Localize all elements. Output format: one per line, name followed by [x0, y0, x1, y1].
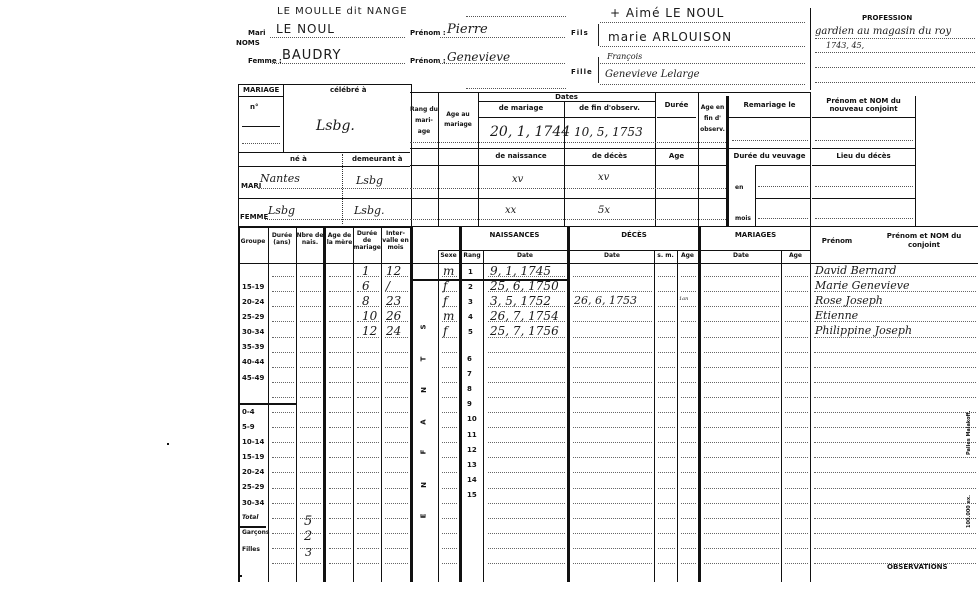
- row-dotline: [385, 533, 408, 534]
- mari-nom-line: [270, 37, 405, 38]
- row-dotline: [681, 533, 696, 534]
- child-prenom[interactable]: Etienne: [815, 309, 858, 322]
- child-sexe[interactable]: m: [443, 309, 454, 323]
- row-dotline: [329, 321, 351, 322]
- row-dotline: [681, 457, 696, 458]
- row-dotline: [329, 382, 351, 383]
- row-dotline: [658, 442, 675, 443]
- row-dotline: [488, 397, 565, 398]
- mariage-mid-line: [238, 152, 410, 153]
- row-dotline: [385, 442, 408, 443]
- demeurant-label: demeurant à: [352, 156, 402, 163]
- enfants-letter: N: [420, 387, 428, 393]
- row-dotline: [814, 397, 976, 398]
- groupe-label: 10-14: [242, 438, 264, 446]
- fils-mere[interactable]: marie ARLOUISON: [608, 30, 732, 44]
- row-dotline: [442, 412, 457, 413]
- row-dotline: [573, 382, 652, 383]
- row-dotline: [658, 382, 675, 383]
- hdr-naissances-date: Date: [483, 252, 567, 259]
- row-dotline: [300, 472, 321, 473]
- child-intervalle[interactable]: /: [386, 279, 390, 293]
- hdr-sexe: Sexe: [438, 252, 459, 259]
- rang-number: 14: [467, 476, 477, 484]
- mari-ne-a[interactable]: Nantes: [260, 172, 300, 185]
- lieu-mid: [812, 198, 915, 199]
- enfants-letter: S: [420, 324, 428, 329]
- row-dotline: [329, 503, 351, 504]
- row-dotline: [573, 352, 652, 353]
- child-intervalle[interactable]: 23: [386, 294, 401, 308]
- child-duree-mariage[interactable]: 1: [362, 264, 370, 278]
- row-dotline: [704, 276, 779, 277]
- row-dotline: [442, 457, 457, 458]
- row-dotline: [357, 563, 379, 564]
- row-dotline: [385, 427, 408, 428]
- row-dotline: [573, 457, 652, 458]
- dates-mid-line: [410, 148, 726, 149]
- row-dotline: [357, 457, 379, 458]
- groupe-label: Garçons: [242, 529, 269, 536]
- row-dotline: [681, 548, 696, 549]
- row-dotline: [704, 397, 779, 398]
- edition-mark: 100.000 ex.: [966, 495, 972, 528]
- row-dotline: [357, 382, 379, 383]
- total-underline: [240, 526, 266, 528]
- fils-pere[interactable]: + Aimé LE NOUL: [610, 6, 724, 20]
- age-group-divider: [238, 403, 296, 405]
- row-dotline: [442, 503, 457, 504]
- child-rang: 3: [468, 298, 473, 306]
- child-duree-mariage[interactable]: 6: [362, 279, 370, 293]
- row-dotline: [681, 427, 696, 428]
- row-dotline: [573, 488, 652, 489]
- row-dotline: [785, 337, 808, 338]
- row-dotline: [357, 518, 379, 519]
- mariage-label: MARIAGE: [243, 87, 279, 94]
- groupe-label: Filles: [242, 546, 260, 553]
- mari-demeurant[interactable]: Lsbg: [356, 174, 383, 187]
- row-dotline: [442, 382, 457, 383]
- fille-brace: [598, 57, 603, 83]
- mariage-num-divider: [283, 84, 284, 152]
- hdr-deces-date: Date: [570, 252, 654, 259]
- row-dotline: [573, 442, 652, 443]
- mari-dates-line: [410, 188, 726, 189]
- profession-line1[interactable]: gardien au magasin du roy: [815, 26, 951, 37]
- row-dotline: [573, 548, 652, 549]
- row-dotline: [785, 367, 808, 368]
- row-dotline: [272, 533, 294, 534]
- child-rang: 2: [468, 283, 473, 291]
- nouveau-conjoint-label: Prénom et NOM du nouveau conjoint: [812, 97, 915, 113]
- mari-deces[interactable]: xv: [598, 172, 609, 183]
- row-dotline: [573, 427, 652, 428]
- child-sexe[interactable]: m: [443, 264, 454, 278]
- child-intervalle[interactable]: 26: [386, 309, 401, 323]
- row-dotline: [573, 291, 652, 292]
- remariage-dotline: [732, 140, 808, 141]
- row-dotline: [488, 518, 565, 519]
- row-dotline: [329, 533, 351, 534]
- duree-veuvage-label: Durée du veuvage: [729, 153, 810, 160]
- child-prenom[interactable]: Philippine Joseph: [815, 324, 912, 337]
- profession-divider: [810, 8, 811, 90]
- row-dotline: [329, 518, 351, 519]
- row-dotline: [573, 518, 652, 519]
- child-sexe[interactable]: f: [443, 324, 447, 338]
- row-dotline: [272, 563, 294, 564]
- row-dotline: [329, 442, 351, 443]
- row-dotline: [785, 488, 808, 489]
- row-dotline: [385, 503, 408, 504]
- hdr-intervalle: Inter-valle en mois: [381, 230, 410, 251]
- date-fin-observ-value[interactable]: 10, 5, 1753: [574, 125, 643, 139]
- remariage-mid-line: [729, 148, 810, 149]
- row-dotline: [814, 337, 976, 338]
- hdr-nbre-nais: Nbre de nais.: [296, 232, 324, 246]
- row-dotline: [272, 412, 294, 413]
- nouveau-conjoint-line: [812, 117, 915, 118]
- col-duree-mariage: [353, 226, 354, 582]
- noms-label: NOMS: [236, 40, 260, 47]
- row-dotline: [658, 412, 675, 413]
- row-dotline: [300, 321, 321, 322]
- conjoint-divider: [915, 96, 916, 226]
- row-dotline: [488, 352, 565, 353]
- row-dotline: [704, 533, 779, 534]
- mari-row-line: [258, 188, 408, 189]
- groupe-label: 5-9: [242, 423, 255, 431]
- garcons-value[interactable]: 2: [304, 529, 312, 544]
- dates-sub-line: [478, 117, 655, 118]
- row-dotline: [785, 457, 808, 458]
- child-rang: 4: [468, 313, 473, 321]
- celebre-value[interactable]: Lsbg.: [316, 118, 355, 134]
- row-dotline: [658, 533, 675, 534]
- enfants-letter: E: [419, 514, 427, 519]
- age-fin-label: Age en fin d' observ.: [699, 102, 726, 135]
- row-dotline: [272, 276, 294, 277]
- mari-prenom[interactable]: Pierre: [447, 22, 488, 37]
- enfants-letter: N: [420, 482, 428, 488]
- row-dotline: [785, 442, 808, 443]
- row-dotline: [681, 382, 696, 383]
- dates-row-dotline: [410, 142, 726, 143]
- row-dotline: [329, 352, 351, 353]
- hdr-duree-ans: Durée (ans): [268, 232, 296, 246]
- child-sexe[interactable]: f: [443, 294, 447, 308]
- row-dotline: [785, 533, 808, 534]
- row-dotline: [329, 548, 351, 549]
- hdr-mariages-age: Age: [781, 252, 810, 259]
- row-dotline: [329, 563, 351, 564]
- row-dotline: [681, 442, 696, 443]
- fille-label: Fille: [571, 69, 593, 76]
- row-dotline: [658, 488, 675, 489]
- row-dotline: [357, 427, 379, 428]
- row-dotline: [785, 276, 808, 277]
- row-dotline: [357, 503, 379, 504]
- alias-dotted-line: [466, 16, 566, 17]
- child-naissance-date[interactable]: 26, 7, 1754: [490, 309, 559, 323]
- row-dotline: [704, 291, 779, 292]
- row-dotline: [488, 488, 565, 489]
- row-dotline: [442, 427, 457, 428]
- child-intervalle[interactable]: 24: [386, 324, 401, 338]
- row-dotline: [442, 488, 457, 489]
- fils-label: Fils: [571, 30, 589, 37]
- ne-demeurant-divider: [342, 154, 343, 224]
- child-duree-mariage[interactable]: 12: [362, 324, 377, 338]
- row-dotline: [329, 427, 351, 428]
- profession-label: PROFESSION: [862, 15, 912, 22]
- row-dotline: [658, 291, 675, 292]
- row-dotline: [300, 276, 321, 277]
- row-dotline: [785, 563, 808, 564]
- hdr-duree-mariage: Durée de mariage: [353, 230, 381, 251]
- groupe-label: 15-19: [242, 283, 264, 291]
- mari-naissance[interactable]: xv: [512, 174, 523, 185]
- row-dotline: [704, 412, 779, 413]
- row-dotline: [658, 321, 675, 322]
- row-dotline: [329, 291, 351, 292]
- child-naissance-date[interactable]: 25, 6, 1750: [490, 279, 559, 293]
- row-dotline: [272, 337, 294, 338]
- row-dotline: [681, 503, 696, 504]
- row-dotline: [704, 321, 779, 322]
- duree-label: Durée: [655, 102, 698, 109]
- row-dotline: [300, 488, 321, 489]
- row-dotline: [488, 563, 565, 564]
- dates-col-divider: [564, 101, 565, 226]
- veuvage-mid: [755, 198, 810, 199]
- fille-mere-line: [600, 84, 805, 85]
- row-dotline: [385, 548, 408, 549]
- col-sexe: [438, 250, 439, 582]
- hdr-mariages-date: Date: [701, 252, 781, 259]
- row-dotline: [300, 291, 321, 292]
- row-dotline: [357, 488, 379, 489]
- child-intervalle[interactable]: 12: [386, 264, 401, 278]
- veuvage-dot-1: [758, 186, 808, 187]
- row-dotline: [272, 442, 294, 443]
- duree-line: [657, 117, 696, 118]
- row-dotline: [272, 472, 294, 473]
- row-dotline: [704, 337, 779, 338]
- row-dotline: [814, 382, 976, 383]
- child-deces-date[interactable]: 26, 6, 1753: [574, 294, 637, 307]
- row-dotline: [357, 533, 379, 534]
- row-dotline: [300, 397, 321, 398]
- row-dotline: [573, 472, 652, 473]
- femme-nom-line: [272, 63, 405, 64]
- row-dotline: [272, 291, 294, 292]
- hdr-sm: s. m.: [654, 252, 677, 259]
- row-dotline: [681, 518, 696, 519]
- row-dotline: [488, 442, 565, 443]
- numero-line: [242, 126, 280, 127]
- de-fin-label: de fin d'observ.: [564, 105, 655, 112]
- col-nbre-nais: [296, 226, 297, 582]
- fille-pere[interactable]: François: [607, 52, 642, 61]
- rang-label: Rang du mari-age: [410, 104, 438, 137]
- row-dotline: [785, 472, 808, 473]
- de-deces-label: de décès: [564, 153, 655, 160]
- child-prenom[interactable]: David Bernard: [815, 264, 896, 277]
- hdr-conjoint: Prénom et NOM du conjoint: [870, 232, 978, 250]
- child-duree-mariage[interactable]: 8: [362, 294, 370, 308]
- lieu-header-line: [812, 165, 915, 166]
- row-dotline: [658, 472, 675, 473]
- mari-femme-divider: [238, 198, 410, 199]
- row-dotline: [658, 337, 675, 338]
- groupe-label: 15-19: [242, 453, 264, 461]
- row-dotline: [300, 457, 321, 458]
- fille-top-line: [466, 88, 566, 89]
- child-rang: 5: [468, 328, 473, 336]
- row-dotline: [785, 503, 808, 504]
- hdr-deces-age: Age: [677, 252, 698, 259]
- printer-mark: Palles Malakoff.: [966, 411, 972, 455]
- row-dotline: [658, 518, 675, 519]
- sub-header-line: [438, 250, 810, 251]
- conjoint-mid-line: [812, 148, 915, 149]
- femme-naissance[interactable]: xx: [505, 205, 516, 216]
- rang-number: 8: [467, 385, 472, 393]
- row-dotline: [442, 352, 457, 353]
- row-dotline: [704, 457, 779, 458]
- mari-nom[interactable]: LE NOUL: [276, 22, 335, 36]
- row-dotline: [300, 442, 321, 443]
- rang-divider: [438, 92, 439, 226]
- mois-label: mois: [735, 215, 751, 222]
- en-label: en: [735, 184, 743, 191]
- total-value[interactable]: 5: [304, 514, 312, 529]
- col-deces-age: [677, 250, 678, 582]
- femme-demeurant[interactable]: Lsbg.: [354, 204, 385, 217]
- row-dotline: [704, 367, 779, 368]
- fils-mere-line: [600, 46, 805, 47]
- row-dotline: [272, 367, 294, 368]
- child-naissance-date[interactable]: 25, 7, 1756: [490, 324, 559, 338]
- hdr-prenom: Prénom: [812, 238, 862, 245]
- fille-mere[interactable]: Genevieve Lelarge: [605, 69, 700, 80]
- row-dotline: [785, 352, 808, 353]
- date-mariage-value[interactable]: 20, 1, 1744: [490, 124, 570, 140]
- profession-line2[interactable]: 1743, 45,: [826, 41, 864, 50]
- row-dotline: [658, 503, 675, 504]
- row-dotline: [442, 397, 457, 398]
- row-dotline: [272, 306, 294, 307]
- row-dotline: [357, 352, 379, 353]
- child-sexe[interactable]: f: [443, 279, 447, 293]
- filles-value[interactable]: 3: [305, 546, 312, 559]
- row-dotline: [385, 457, 408, 458]
- row-dotline: [814, 503, 976, 504]
- row-dotline: [300, 306, 321, 307]
- row-dotline: [300, 382, 321, 383]
- child-naissance-date[interactable]: 3, 5, 1752: [490, 294, 551, 308]
- femme-nom[interactable]: BAUDRY: [282, 48, 341, 63]
- child-duree-mariage[interactable]: 10: [362, 309, 377, 323]
- femme-dates-line: [410, 219, 726, 220]
- col-deces: [567, 226, 570, 582]
- row-dotline: [704, 488, 779, 489]
- row-dotline: [300, 503, 321, 504]
- rang-number: 9: [467, 400, 472, 408]
- row-dotline: [681, 472, 696, 473]
- rang-number: 15: [467, 491, 477, 499]
- hdr-groupe: Groupe: [238, 238, 268, 245]
- row-dotline: [272, 352, 294, 353]
- hdr-age-mere: Age de la mère: [326, 232, 353, 246]
- row-dotline: [272, 382, 294, 383]
- enfants-letter: A: [420, 419, 428, 424]
- row-dotline: [681, 291, 696, 292]
- observations-label: OBSERVATIONS: [887, 564, 948, 571]
- row-dotline: [442, 367, 457, 368]
- femme-row-line: [265, 219, 408, 220]
- child-prenom[interactable]: Rose Joseph: [815, 294, 883, 307]
- row-dotline: [658, 276, 675, 277]
- row-dotline: [488, 412, 565, 413]
- child-naissance-date[interactable]: 9, 1, 1745: [490, 264, 551, 278]
- row-dotline: [329, 412, 351, 413]
- row-dotline: [329, 276, 351, 277]
- femme-ne-a[interactable]: Lsbg: [268, 204, 295, 217]
- groupe-label: 30-34: [242, 328, 264, 336]
- row-dotline: [488, 472, 565, 473]
- row-dotline: [357, 472, 379, 473]
- numero-dotline: [242, 143, 280, 144]
- child-deces-age[interactable]: 1an: [679, 296, 688, 302]
- row-dotline: [300, 352, 321, 353]
- row-dotline: [704, 472, 779, 473]
- row-dotline: [385, 382, 408, 383]
- row-dotline: [681, 488, 696, 489]
- child-prenom[interactable]: Marie Genevieve: [815, 279, 909, 292]
- row-dotline: [681, 337, 696, 338]
- row-dotline: [329, 397, 351, 398]
- femme-prenom-line: [440, 63, 565, 64]
- row-dotline: [658, 306, 675, 307]
- prof-line-1: [815, 38, 975, 39]
- dates-header-line-2: [410, 165, 726, 166]
- femme-prenom[interactable]: Genevieve: [447, 50, 510, 64]
- row-dotline: [272, 548, 294, 549]
- row-dotline: [488, 548, 565, 549]
- row-dotline: [785, 427, 808, 428]
- row-dotline: [385, 488, 408, 489]
- fils-brace: [598, 24, 603, 46]
- row-dotline: [704, 352, 779, 353]
- remariage-thick-divider: [726, 96, 729, 226]
- groupe-label: Total: [242, 514, 258, 521]
- row-dotline: [442, 563, 457, 564]
- enfants-letter: F: [419, 450, 427, 455]
- row-dotline: [357, 548, 379, 549]
- row-dotline: [681, 276, 696, 277]
- row-dotline: [704, 518, 779, 519]
- row-dotline: [658, 548, 675, 549]
- femme-deces[interactable]: 5x: [598, 205, 610, 216]
- row-dotline: [658, 563, 675, 564]
- row-dotline: [272, 457, 294, 458]
- row-dotline: [385, 367, 408, 368]
- hdr-rang: Rang: [461, 252, 483, 259]
- row-dotline: [357, 367, 379, 368]
